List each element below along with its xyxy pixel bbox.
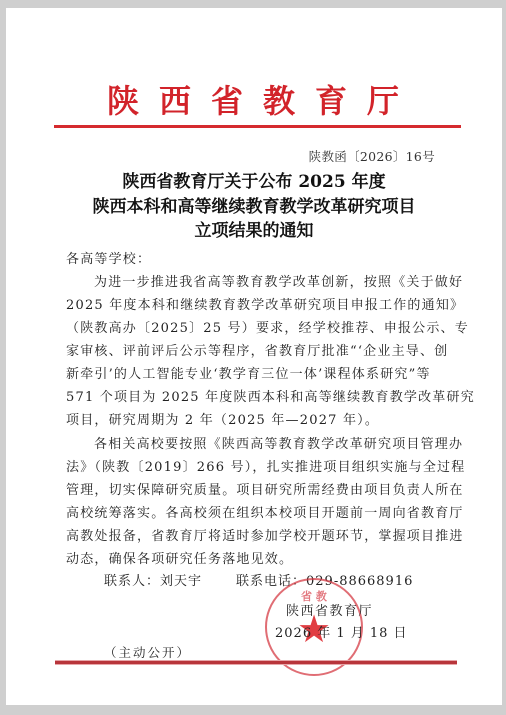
body-line: 法》（陕教〔2019〕266 号），扎实推进项目组织实施与全过程 [66, 456, 465, 475]
body-line: 管理，切实保障研究质量。项目研究所需经费由项目负责人所在 [66, 479, 464, 498]
body-line: 各相关高校要按照《陕西高等教育教学改革研究项目管理办 [66, 433, 463, 452]
body-line: 高校统筹落实。各高校须在组织本校项目开题前一周向省教育厅 [66, 502, 464, 521]
contact-info: 联系人：刘天宇 联系电话：029-88668916 [104, 570, 202, 589]
body-line: 为进一步推进我省高等教育教学改革创新，按照《关于做好 [66, 271, 463, 290]
body-line: （陕教高办〔2025〕25 号）要求，经学校推荐、申报公示、专 [66, 317, 469, 336]
disclosure-note: （主动公开） [104, 643, 191, 661]
footer-red-rule [55, 660, 457, 665]
body-line: 家审核、评前评后公示等程序，省教育厅批准“‘企业主导、创 [66, 340, 448, 359]
body-line: 项目，研究周期为 2 年（2025 年—2027 年）。 [66, 409, 379, 428]
salutation: 各高等学校： [66, 248, 151, 267]
body-line: 571 个项目为 2025 年度陕西本科和高等继续教育教学改革研究 [66, 386, 475, 405]
header-red-rule [54, 125, 461, 128]
body-line: 动态，确保各项研究任务落地见效。 [66, 548, 293, 567]
body-line: 高教处报备，省教育厅将适时参加学校开题环节，掌握项目推进 [66, 525, 464, 544]
title-line-1: 陕西省教育厅关于公布 2025 年度 [6, 170, 502, 195]
body-line: 新牵引’的人工智能专业‘教学育三位一体’课程体系研究”等 [66, 363, 431, 382]
signature-date: 2026 年 1 月 18 日 [275, 622, 408, 641]
contact-person: 联系人：刘天宇 [104, 574, 202, 589]
document-number: 陕教函〔2026〕16号 [309, 147, 435, 165]
title-line-2: 陕西本科和高等继续教育教学改革研究项目 [6, 195, 502, 220]
document-page: 陕西省教育厅 陕教函〔2026〕16号 陕西省教育厅关于公布 2025 年度 陕… [6, 8, 502, 705]
issuer-header: 陕西省教育厅 [6, 76, 502, 122]
title-line-3: 立项结果的通知 [6, 219, 502, 244]
signature-organization: 陕西省教育厅 [286, 600, 373, 619]
body-line: 2025 年度本科和继续教育教学改革研究项目申报工作的通知》 [66, 294, 464, 313]
